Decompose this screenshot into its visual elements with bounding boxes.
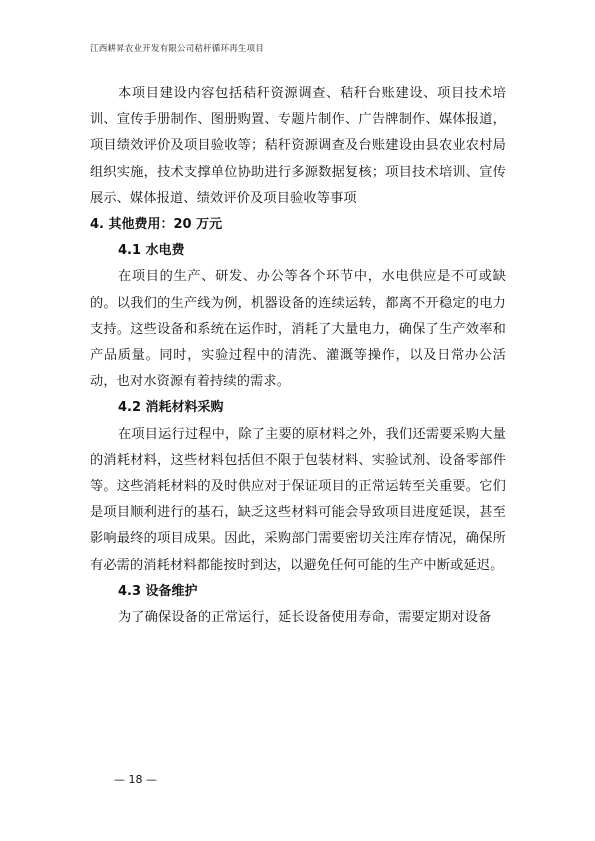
subsection-paragraph-4-1: 在项目的生产、研发、办公等各个环节中，水电供应是不可或缺的。以我们的生产线为例，… — [90, 264, 506, 395]
subsection-paragraph-4-2: 在项目运行过程中，除了主要的原材料之外，我们还需要采购大量的消耗材料，这些材料包… — [90, 422, 506, 579]
document-body: 本项目建设内容包括秸秆资源调查、秸秆台账建设、项目技术培训、宣传手册制作、图册购… — [90, 81, 506, 631]
intro-paragraph: 本项目建设内容包括秸秆资源调查、秸秆台账建设、项目技术培训、宣传手册制作、图册购… — [90, 81, 506, 212]
subsection-heading-4-3: 4.3 设备维护 — [90, 579, 506, 605]
page-number: — 18 — — [114, 773, 157, 786]
subsection-heading-4-1: 4.1 水电费 — [90, 238, 506, 264]
section-heading-4: 4. 其他费用：20 万元 — [90, 212, 506, 238]
running-header: 江西耕昇农业开发有限公司秸秆循环再生项目 — [90, 42, 264, 54]
subsection-heading-4-2: 4.2 消耗材料采购 — [90, 395, 506, 421]
subsection-paragraph-4-3: 为了确保设备的正常运行，延长设备使用寿命，需要定期对设备 — [90, 605, 506, 631]
